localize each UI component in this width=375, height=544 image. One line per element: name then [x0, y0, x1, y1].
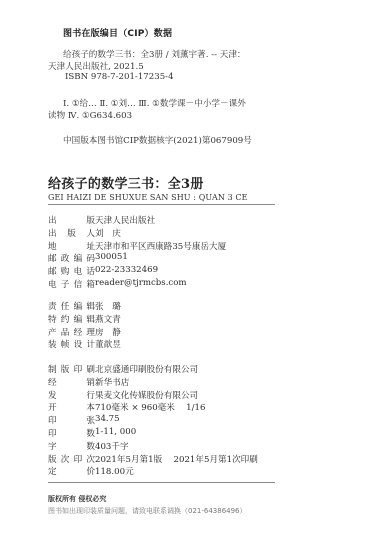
info-label-char: 编 [74, 300, 83, 312]
info-value: 022-23332469 [95, 265, 158, 277]
info-label: 出版人 [48, 227, 95, 239]
divider-bottom [48, 482, 275, 483]
info-label-char: 信 [74, 278, 83, 290]
info-label-char: 电 [48, 278, 57, 290]
info-label-char: 地 [48, 240, 57, 252]
info-label-char: 张 [86, 414, 95, 426]
info-row: 版次印次2021年5月第1版 2021年5月第1次印刷 [48, 453, 258, 465]
info-row: 责任编辑张 璐 [48, 300, 121, 312]
info-value: 刘 庆 [95, 227, 121, 239]
info-label-char: 设 [74, 338, 83, 350]
info-row: 电子信箱reader@tjrmcbs.com [48, 278, 187, 290]
info-value: 403千字 [95, 440, 129, 452]
info-row: 出版人刘 庆 [48, 227, 121, 239]
info-value: 北京盛通印刷股份有限公司 [95, 363, 198, 375]
info-label-char: 人 [86, 227, 95, 239]
cip-classification-1: Ⅰ. ①给… Ⅱ. ①刘… Ⅲ. ①数学课－中小学－课外 [63, 97, 246, 109]
info-label-char: 出 [48, 214, 57, 226]
info-row: 制版印刷北京盛通印刷股份有限公司 [48, 363, 198, 375]
info-label-char: 开 [48, 401, 57, 413]
info-label-char: 约 [61, 313, 70, 325]
info-row: 出版天津人民出版社 [48, 214, 155, 226]
info-label-char: 产 [48, 326, 57, 338]
info-value: 新华书店 [95, 376, 129, 388]
cip-isbn: ISBN 978-7-201-17235-4 [65, 72, 174, 82]
info-label: 产品经理 [48, 326, 95, 338]
info-value: 天津市和平区西康路35号康岳大厦 [95, 240, 226, 252]
book-title: 给孩子的数学三书：全3册 [48, 173, 204, 192]
info-label-char: 版 [48, 453, 57, 465]
quality-contact: 图书如出现印装质量问题，请致电联系调换（021-64386496） [48, 506, 247, 516]
info-label-char: 销 [86, 376, 95, 388]
info-label-char: 品 [61, 326, 70, 338]
info-label-char: 字 [48, 440, 57, 452]
info-label: 印数 [48, 427, 95, 439]
info-label-char: 刷 [86, 363, 95, 375]
info-label: 经销 [48, 376, 95, 388]
book-title-pinyin: GEI HAIZI DE SHUXUE SAN SHU : QUAN 3 CE [48, 193, 248, 202]
info-value: 300051 [95, 252, 128, 264]
info-row: 邮政编码300051 [48, 252, 128, 264]
info-label-char: 帧 [61, 338, 70, 350]
info-row: 发行果麦文化传媒股份有限公司 [48, 389, 198, 401]
info-label-char: 印 [48, 414, 57, 426]
info-value: 2021年5月第1版 2021年5月第1次印刷 [95, 453, 258, 465]
info-row: 经销新华书店 [48, 376, 129, 388]
cip-record-number: 中国版本图书馆CIP数据核字(2021)第067909号 [63, 134, 252, 146]
info-label-char: 邮 [48, 252, 57, 264]
info-label: 定价 [48, 465, 95, 477]
info-label-char: 辑 [86, 313, 95, 325]
info-value: 果麦文化传媒股份有限公司 [95, 389, 198, 401]
info-value: 118.00元 [95, 465, 134, 477]
info-value: 张 璐 [95, 300, 121, 312]
info-label-char: 印 [74, 453, 83, 465]
info-row: 邮购电话022-23332469 [48, 265, 158, 277]
info-label-char: 经 [74, 326, 83, 338]
info-row: 字数403千字 [48, 440, 129, 452]
cip-publisher-line: 天津人民出版社, 2021.5 [48, 60, 144, 72]
info-row: 印数1-11, 000 [48, 427, 136, 439]
info-label-char: 出 [48, 227, 57, 239]
info-label-char: 次 [61, 453, 70, 465]
info-label-char: 政 [61, 252, 70, 264]
info-value: 1-11, 000 [95, 427, 136, 439]
info-label-char: 话 [86, 265, 95, 277]
info-label-char: 次 [86, 453, 95, 465]
info-label-char: 编 [74, 313, 83, 325]
info-label: 字数 [48, 440, 95, 452]
info-label: 特约编辑 [48, 313, 95, 325]
cip-title-line: 给孩子的数学三书：全3册 / 刘薰宇著. -- 天津： [63, 48, 246, 60]
info-value: 710毫米 × 960毫米 1/16 [95, 401, 205, 413]
info-label: 责任编辑 [48, 300, 95, 312]
copyright-page: 图书在版编目（CIP）数据 给孩子的数学三书：全3册 / 刘薰宇著. -- 天津… [0, 0, 375, 544]
info-label-char: 价 [86, 465, 95, 477]
info-label-char: 码 [86, 252, 95, 264]
info-label-char: 印 [74, 363, 83, 375]
info-label: 邮购电话 [48, 265, 95, 277]
info-label: 出版 [48, 214, 95, 226]
info-label-char: 行 [86, 389, 95, 401]
cip-heading: 图书在版编目（CIP）数据 [63, 26, 172, 39]
info-label-char: 特 [48, 313, 57, 325]
info-row: 特约编辑燕文青 [48, 313, 121, 325]
info-label: 印张 [48, 414, 95, 426]
info-label-char: 发 [48, 389, 57, 401]
info-label-char: 编 [74, 252, 83, 264]
info-label-char: 版 [61, 363, 70, 375]
info-label-char: 定 [48, 465, 57, 477]
info-value: 董歆昱 [95, 338, 121, 350]
info-row: 定价118.00元 [48, 465, 134, 477]
info-label-char: 数 [86, 440, 95, 452]
info-label: 电子信箱 [48, 278, 95, 290]
info-label-char: 制 [48, 363, 57, 375]
info-label-char: 邮 [48, 265, 57, 277]
info-label-char: 本 [86, 401, 95, 413]
info-label: 制版印刷 [48, 363, 95, 375]
info-label-char: 版 [86, 214, 95, 226]
info-label: 装帧设计 [48, 338, 95, 350]
info-label-char: 经 [48, 376, 57, 388]
info-label-char: 电 [74, 265, 83, 277]
info-label-char: 印 [48, 427, 57, 439]
info-label: 开本 [48, 401, 95, 413]
info-label-char: 辑 [86, 300, 95, 312]
info-row: 印张34.75 [48, 414, 120, 426]
info-label-char: 任 [61, 300, 70, 312]
info-value: reader@tjrmcbs.com [95, 278, 187, 290]
info-row: 地址天津市和平区西康路35号康岳大厦 [48, 240, 226, 252]
info-label-char: 理 [86, 326, 95, 338]
info-value: 天津人民出版社 [95, 214, 155, 226]
info-label-char: 责 [48, 300, 57, 312]
info-value: 房 静 [95, 326, 121, 338]
info-value: 34.75 [95, 414, 120, 426]
info-label-char: 箱 [86, 278, 95, 290]
info-label-char: 购 [61, 265, 70, 277]
info-value: 燕文青 [95, 313, 121, 325]
info-label-char: 计 [86, 338, 95, 350]
info-label-char: 版 [67, 227, 76, 239]
info-label: 邮政编码 [48, 252, 95, 264]
info-label-char: 子 [61, 278, 70, 290]
cip-classification-2: 读物 Ⅳ. ①G634.603 [48, 109, 132, 121]
copyright-notice: 版权所有 侵权必究 [48, 494, 106, 504]
info-label: 地址 [48, 240, 95, 252]
divider-top [48, 204, 275, 205]
info-label: 版次印次 [48, 453, 95, 465]
info-label-char: 址 [86, 240, 95, 252]
info-row: 产品经理房 静 [48, 326, 121, 338]
info-row: 开本710毫米 × 960毫米 1/16 [48, 401, 205, 413]
info-label-char: 装 [48, 338, 57, 350]
info-row: 装帧设计董歆昱 [48, 338, 121, 350]
info-label: 发行 [48, 389, 95, 401]
info-label-char: 数 [86, 427, 95, 439]
